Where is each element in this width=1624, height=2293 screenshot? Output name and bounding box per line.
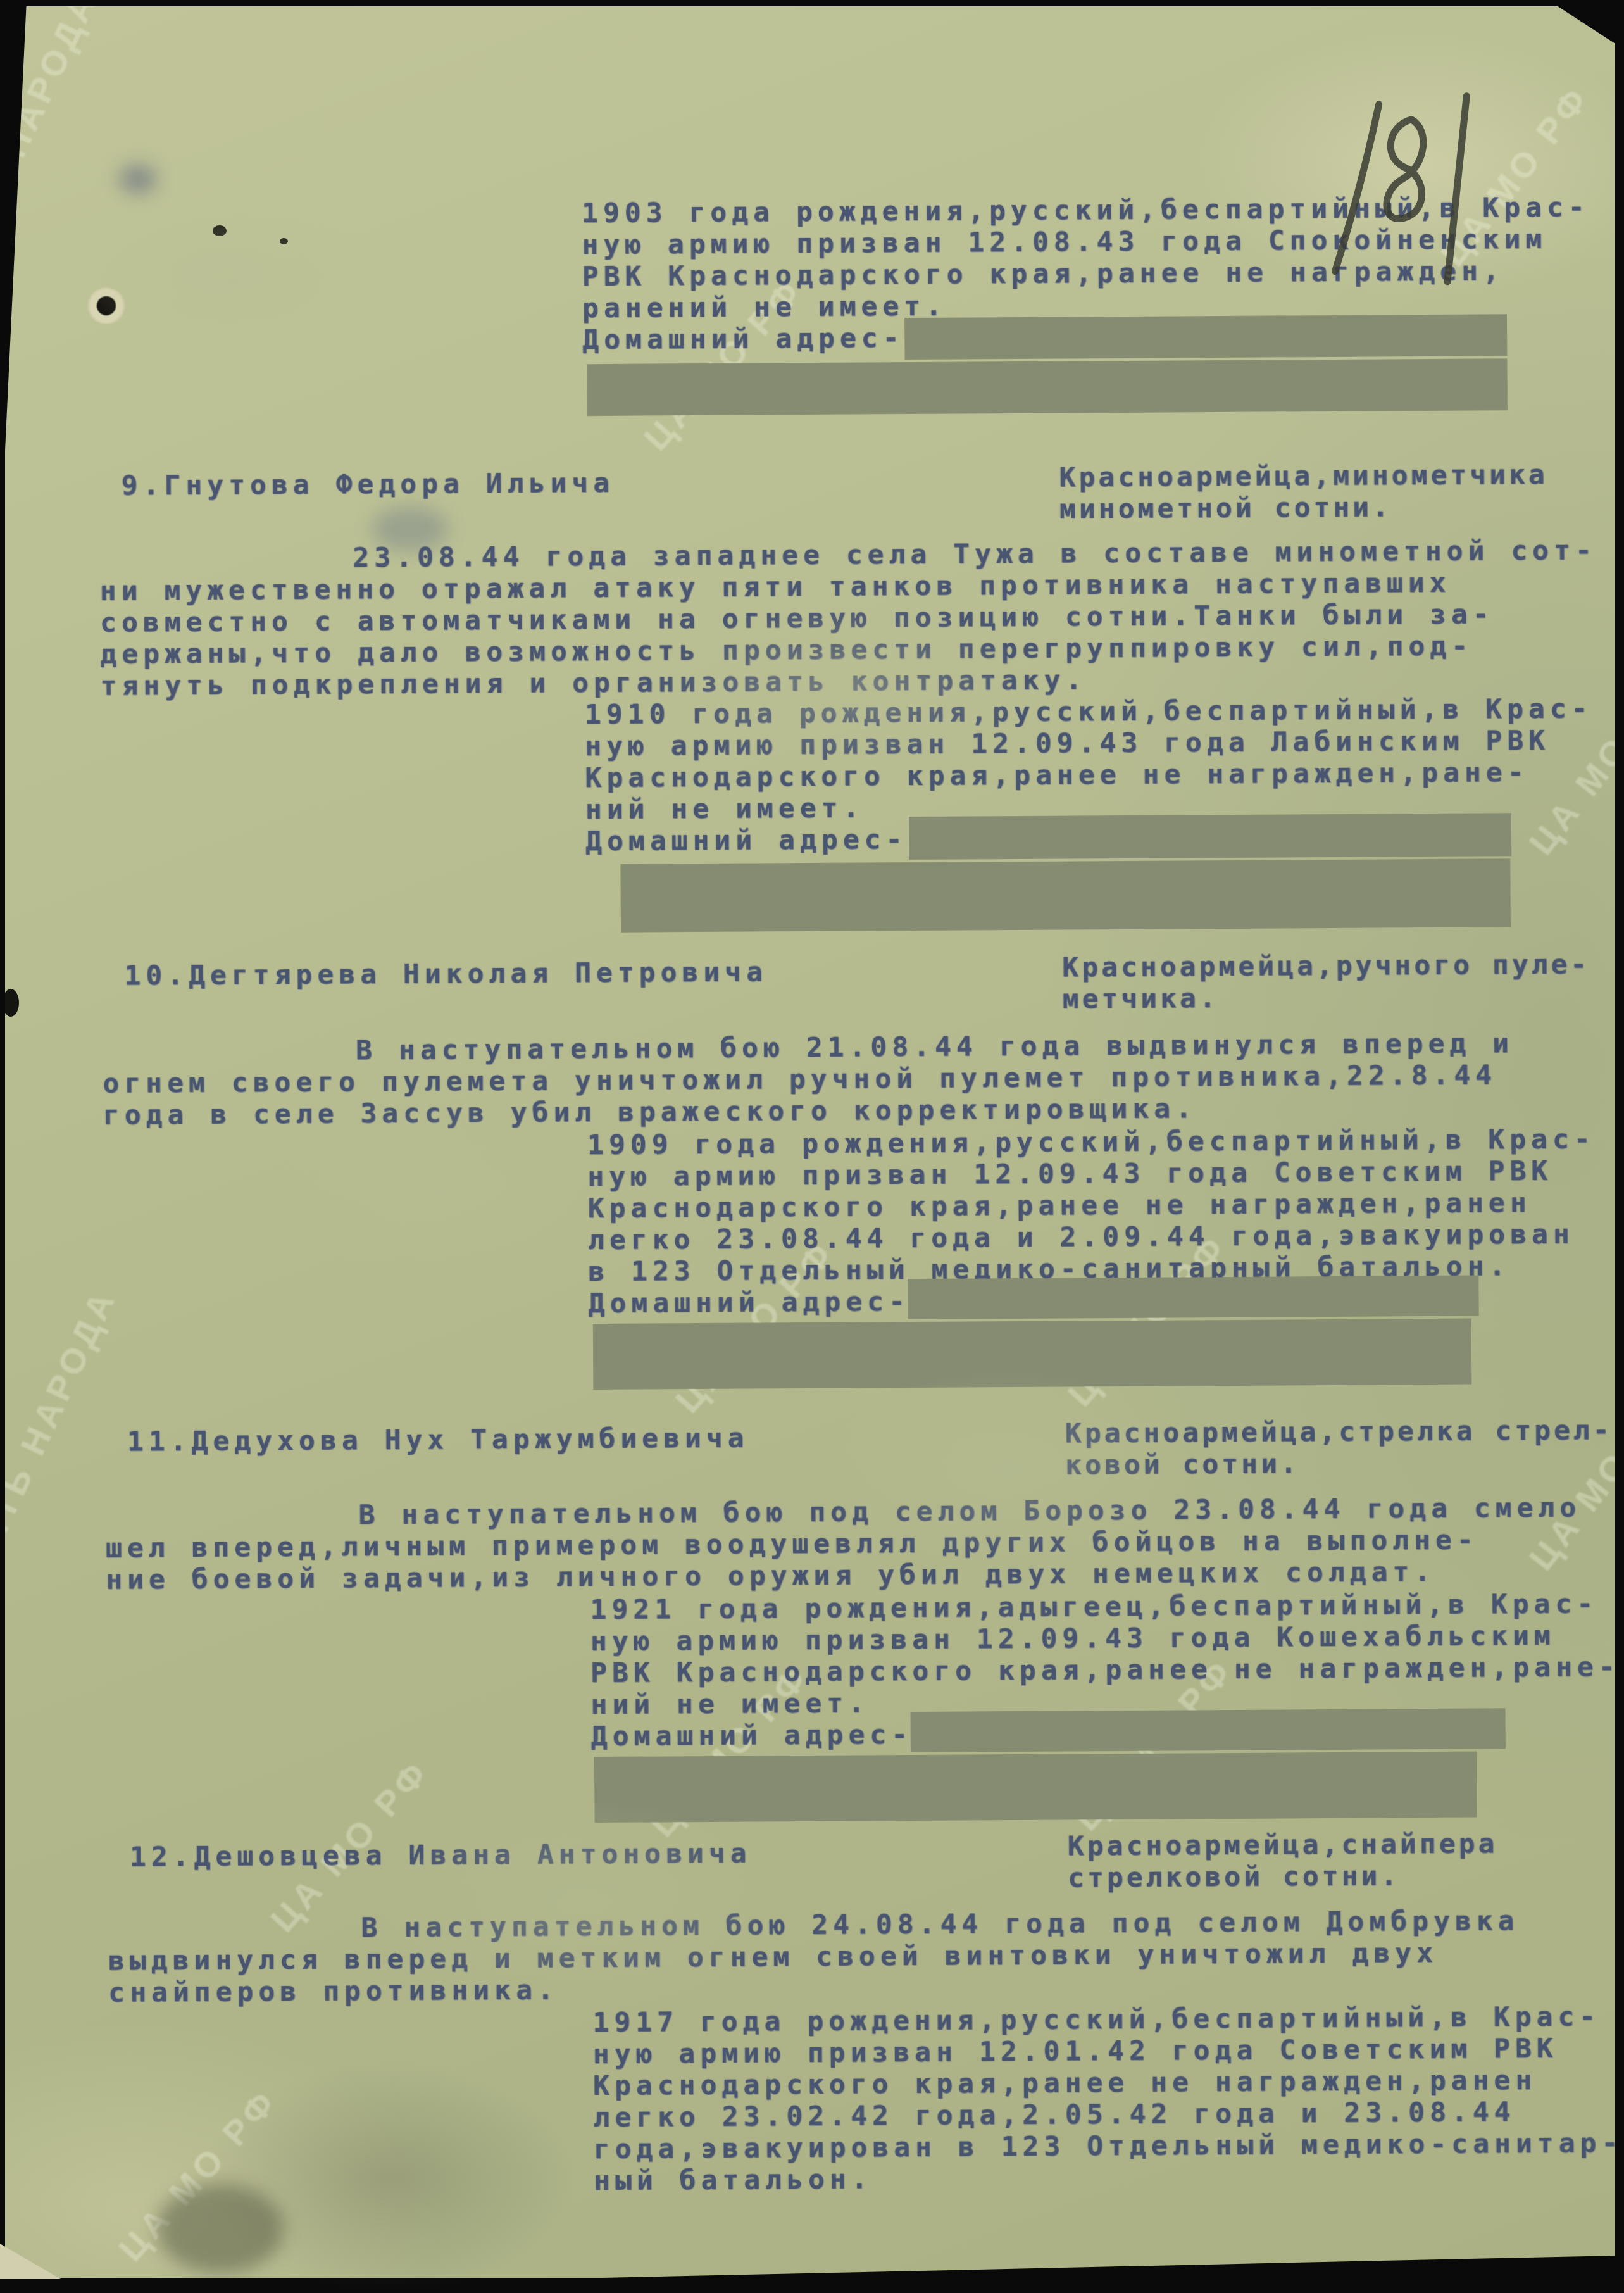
address-label: Домашний адрес- [591, 1719, 913, 1752]
ink-smudge [119, 165, 157, 194]
detail-line: ний не имеет. [590, 1687, 870, 1721]
rank-line: стрелковой сотни. [1068, 1860, 1400, 1894]
detail-line: РВК Краснодарского края,ранее не награжд… [590, 1651, 1620, 1689]
entry-name: 11.Дедухова Нух Таржумбиевича [127, 1423, 749, 1458]
redaction-block [908, 1276, 1478, 1319]
detail-line: ний не имеет. [585, 792, 865, 826]
detail-line: Краснодарского края,ранее не награжден,р… [587, 1187, 1531, 1224]
rank-line: ковой сотни. [1065, 1448, 1300, 1481]
handwritten-page-number [1292, 79, 1502, 301]
stain [157, 2184, 284, 2273]
entry-name: 9.Гнутова Федора Ильича [121, 467, 615, 502]
redaction-block [621, 859, 1510, 932]
citation-line: выдвинулся вперед и метким огнем своей в… [108, 1937, 1438, 1977]
paper: ПАМЯТЬ НАРОДА ЦА МО РФ ЦА МО РФ ЦА МО РФ… [5, 6, 1615, 2278]
scanned-page: ПАМЯТЬ НАРОДА ЦА МО РФ ЦА МО РФ ЦА МО РФ… [0, 0, 1624, 2293]
rank-line: Красноармейца,ручного пуле- [1062, 948, 1590, 983]
scan-border [0, 0, 1624, 6]
scan-border [1615, 0, 1624, 2293]
address-label: Домашний адрес- [582, 322, 904, 356]
rank-line: Красноармейца,минометчика [1059, 459, 1548, 494]
detail-line: ный батальон. [594, 2163, 873, 2197]
detail-line: Краснодарского края,ранее не награжден,р… [585, 757, 1528, 794]
detail-line: года,эвакуирован в 123 Отдельный медико-… [594, 2127, 1623, 2165]
redaction-block [911, 1709, 1505, 1752]
redaction-block [905, 315, 1506, 359]
redaction-block [594, 1319, 1471, 1389]
paper-hole [86, 287, 127, 324]
address-label: Домашний адрес- [585, 824, 908, 857]
rank-line: Красноармейца,снайпера [1068, 1828, 1498, 1862]
rank-line: Красноармейца,стрелка стрел- [1065, 1414, 1613, 1449]
rank-line: минометной сотни. [1059, 491, 1392, 525]
paper-speck [213, 225, 227, 236]
entry-name: 12.Дешовцева Ивана Антоновича [130, 1838, 752, 1873]
citation-line: огнем своего пулемета уничтожил ручной п… [103, 1059, 1497, 1099]
typewritten-layer: 1903 года рождения,русский,беспартийный,… [0, 1, 1622, 2282]
ink-smudge [372, 506, 448, 551]
paper-speck [280, 238, 288, 244]
address-label: Домашний адрес- [588, 1286, 910, 1319]
citation-line: года в селе Зассув убил вражеского корре… [103, 1093, 1197, 1131]
redaction-block [587, 359, 1506, 415]
entry-name: 10.Дегтярева Николая Петровича [124, 956, 768, 991]
rank-line: метчика. [1062, 983, 1218, 1015]
detail-line: легко 23.02.42 года,2.05.42 года и 23.08… [593, 2096, 1515, 2133]
redaction-block [909, 814, 1511, 859]
redaction-block [595, 1752, 1477, 1823]
citation-line: снайперов противника. [108, 1974, 559, 2008]
detail-line: ранений не имеет. [582, 291, 947, 325]
detail-line: Краснодарского края,ранее не награжден,р… [593, 2064, 1537, 2102]
